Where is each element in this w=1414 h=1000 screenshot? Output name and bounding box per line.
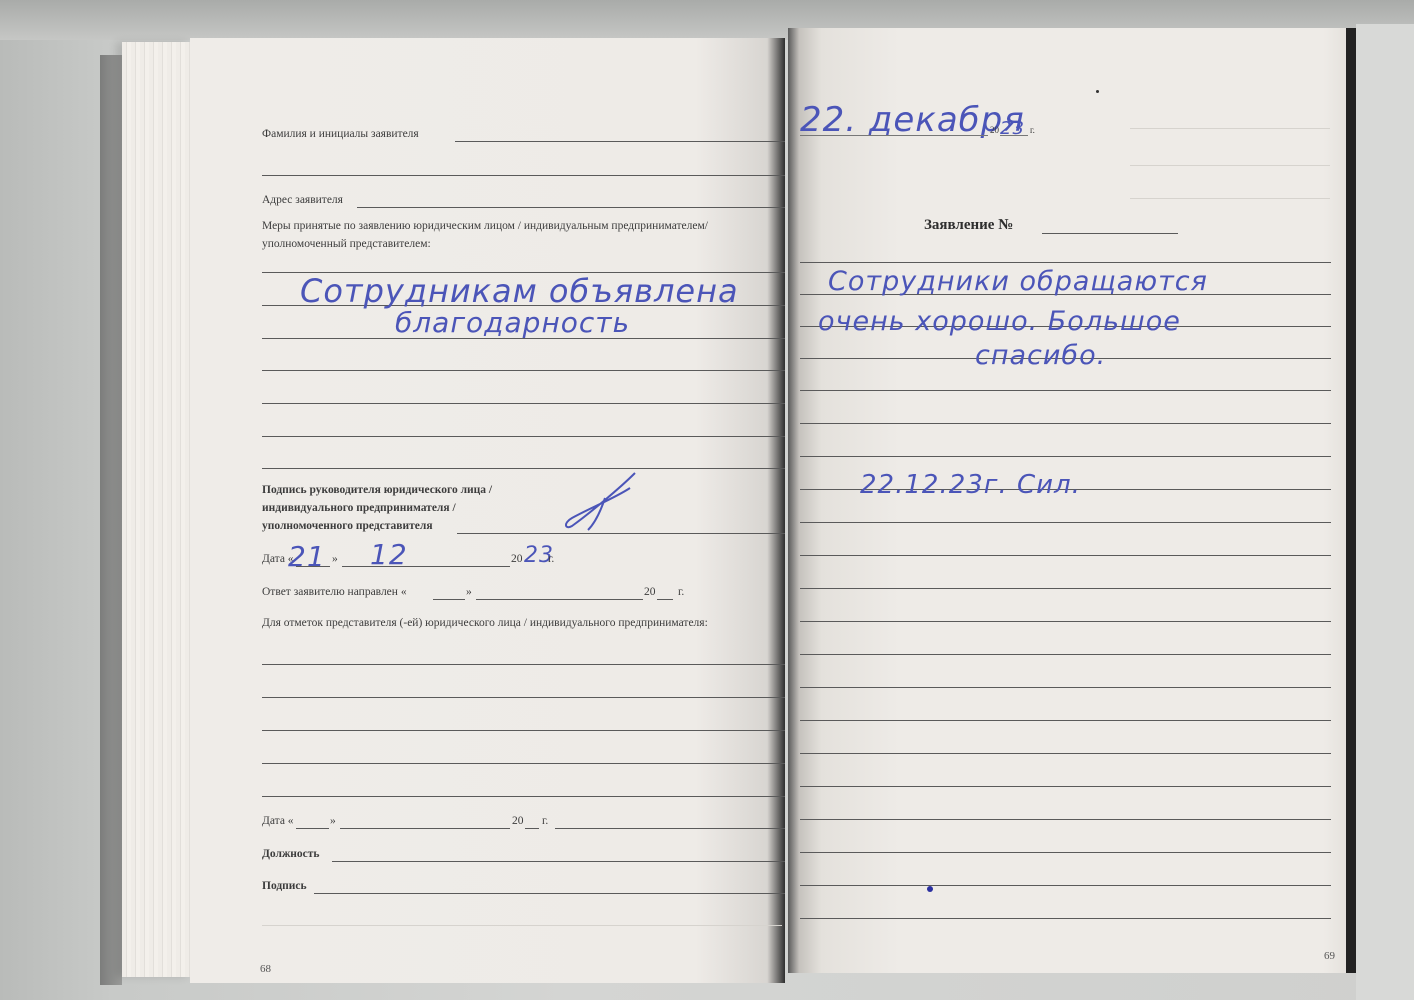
measures-handwritten-line2: благодарность bbox=[395, 306, 630, 339]
statement-line[interactable] bbox=[800, 456, 1331, 457]
notes-label: Для отметок представителя (-ей) юридичес… bbox=[262, 617, 708, 629]
header-date-field[interactable] bbox=[800, 135, 988, 136]
right-page bbox=[788, 28, 1346, 973]
date2-year-field[interactable] bbox=[525, 828, 539, 829]
date-suffix: г. bbox=[548, 553, 554, 565]
measures-line[interactable] bbox=[262, 468, 785, 469]
statement-line[interactable] bbox=[800, 753, 1331, 754]
signoff-handwritten: 22.12.23г. Сил. bbox=[860, 470, 1081, 500]
bleed-through-line bbox=[1130, 128, 1330, 129]
statement-line[interactable] bbox=[800, 262, 1331, 263]
measures-line[interactable] bbox=[262, 436, 785, 437]
bleed-through-line bbox=[262, 925, 782, 926]
signature-scribble-icon bbox=[560, 468, 650, 538]
measures-label-line1: Меры принятые по заявлению юридическим л… bbox=[262, 220, 708, 232]
reply-close-quote: » bbox=[466, 586, 472, 598]
notes-line[interactable] bbox=[262, 697, 785, 698]
statement-line[interactable] bbox=[800, 588, 1331, 589]
header-suffix: г. bbox=[1030, 125, 1035, 135]
body-handwritten-line2: очень хорошо. Большое bbox=[818, 306, 1181, 337]
notes-line[interactable] bbox=[262, 796, 785, 797]
date-day-handwritten: 21 bbox=[288, 540, 326, 573]
date-day-field[interactable] bbox=[296, 566, 330, 567]
applicant-address-field[interactable] bbox=[357, 207, 785, 208]
book-page-stack bbox=[122, 42, 192, 977]
applicant-name-field-line2[interactable] bbox=[262, 175, 785, 176]
statement-line[interactable] bbox=[800, 720, 1331, 721]
position-label: Должность bbox=[262, 848, 320, 860]
statement-line[interactable] bbox=[800, 654, 1331, 655]
statement-line[interactable] bbox=[800, 918, 1331, 919]
date2-day-field[interactable] bbox=[296, 828, 329, 829]
statement-title: Заявление № bbox=[924, 217, 1013, 234]
date2-close-quote: » bbox=[330, 815, 336, 827]
ink-speck bbox=[1096, 90, 1099, 93]
statement-line[interactable] bbox=[800, 522, 1331, 523]
statement-line[interactable] bbox=[800, 423, 1331, 424]
date2-month-field[interactable] bbox=[340, 828, 510, 829]
reply-century: 20 bbox=[644, 586, 656, 598]
applicant-address-label: Адрес заявителя bbox=[262, 194, 343, 206]
statement-line[interactable] bbox=[800, 852, 1331, 853]
statement-line[interactable] bbox=[800, 390, 1331, 391]
measures-handwritten-line1: Сотрудникам объявлена bbox=[300, 272, 739, 310]
reply-year-field[interactable] bbox=[657, 599, 673, 600]
reply-day-field[interactable] bbox=[433, 599, 465, 600]
position-field[interactable] bbox=[332, 861, 785, 862]
notes-line[interactable] bbox=[262, 730, 785, 731]
measures-line[interactable] bbox=[262, 370, 785, 371]
date2-century: 20 bbox=[512, 815, 524, 827]
date-month-field[interactable] bbox=[342, 566, 510, 567]
measures-label-line2: уполномоченный представителем: bbox=[262, 238, 431, 250]
body-handwritten-line1: Сотрудники обращаются bbox=[828, 266, 1208, 297]
signature2-label: Подпись bbox=[262, 880, 307, 892]
signature-label-line3: уполномоченного представителя bbox=[262, 520, 433, 532]
bleed-through-line bbox=[1130, 165, 1330, 166]
reply-label: Ответ заявителю направлен « bbox=[262, 586, 407, 598]
applicant-name-label: Фамилия и инициалы заявителя bbox=[262, 128, 419, 140]
page-number-left: 68 bbox=[260, 963, 271, 975]
notes-line[interactable] bbox=[262, 763, 785, 764]
date-century: 20 bbox=[511, 553, 523, 565]
statement-line[interactable] bbox=[800, 819, 1331, 820]
body-handwritten-line3: спасибо. bbox=[975, 340, 1106, 371]
signature2-field[interactable] bbox=[314, 893, 785, 894]
reply-month-field[interactable] bbox=[476, 599, 643, 600]
header-century: 20 bbox=[990, 125, 999, 135]
book-edge-shadow bbox=[100, 55, 122, 985]
statement-line[interactable] bbox=[800, 786, 1331, 787]
right-page-edge bbox=[1346, 28, 1356, 973]
date2-label: Дата « bbox=[262, 815, 294, 827]
date2-extra-field[interactable] bbox=[555, 828, 785, 829]
scan-background-right bbox=[1356, 24, 1414, 1000]
applicant-name-field[interactable] bbox=[455, 141, 785, 142]
reply-suffix: г. bbox=[678, 586, 684, 598]
measures-line[interactable] bbox=[262, 403, 785, 404]
bleed-through-line bbox=[1130, 198, 1330, 199]
statement-line[interactable] bbox=[800, 687, 1331, 688]
statement-line[interactable] bbox=[800, 621, 1331, 622]
statement-number-field[interactable] bbox=[1042, 233, 1178, 234]
signature-label-line2: индивидуального предпринимателя / bbox=[262, 502, 456, 514]
date-close-quote: » bbox=[332, 553, 338, 565]
statement-line[interactable] bbox=[800, 885, 1331, 886]
signature-label-line1: Подпись руководителя юридического лица / bbox=[262, 484, 492, 496]
header-year-field[interactable] bbox=[1000, 135, 1028, 136]
statement-line[interactable] bbox=[800, 555, 1331, 556]
page-number-right: 69 bbox=[1324, 950, 1335, 962]
date2-suffix: г. bbox=[542, 815, 548, 827]
notes-line[interactable] bbox=[262, 664, 785, 665]
ink-blot bbox=[927, 886, 933, 892]
